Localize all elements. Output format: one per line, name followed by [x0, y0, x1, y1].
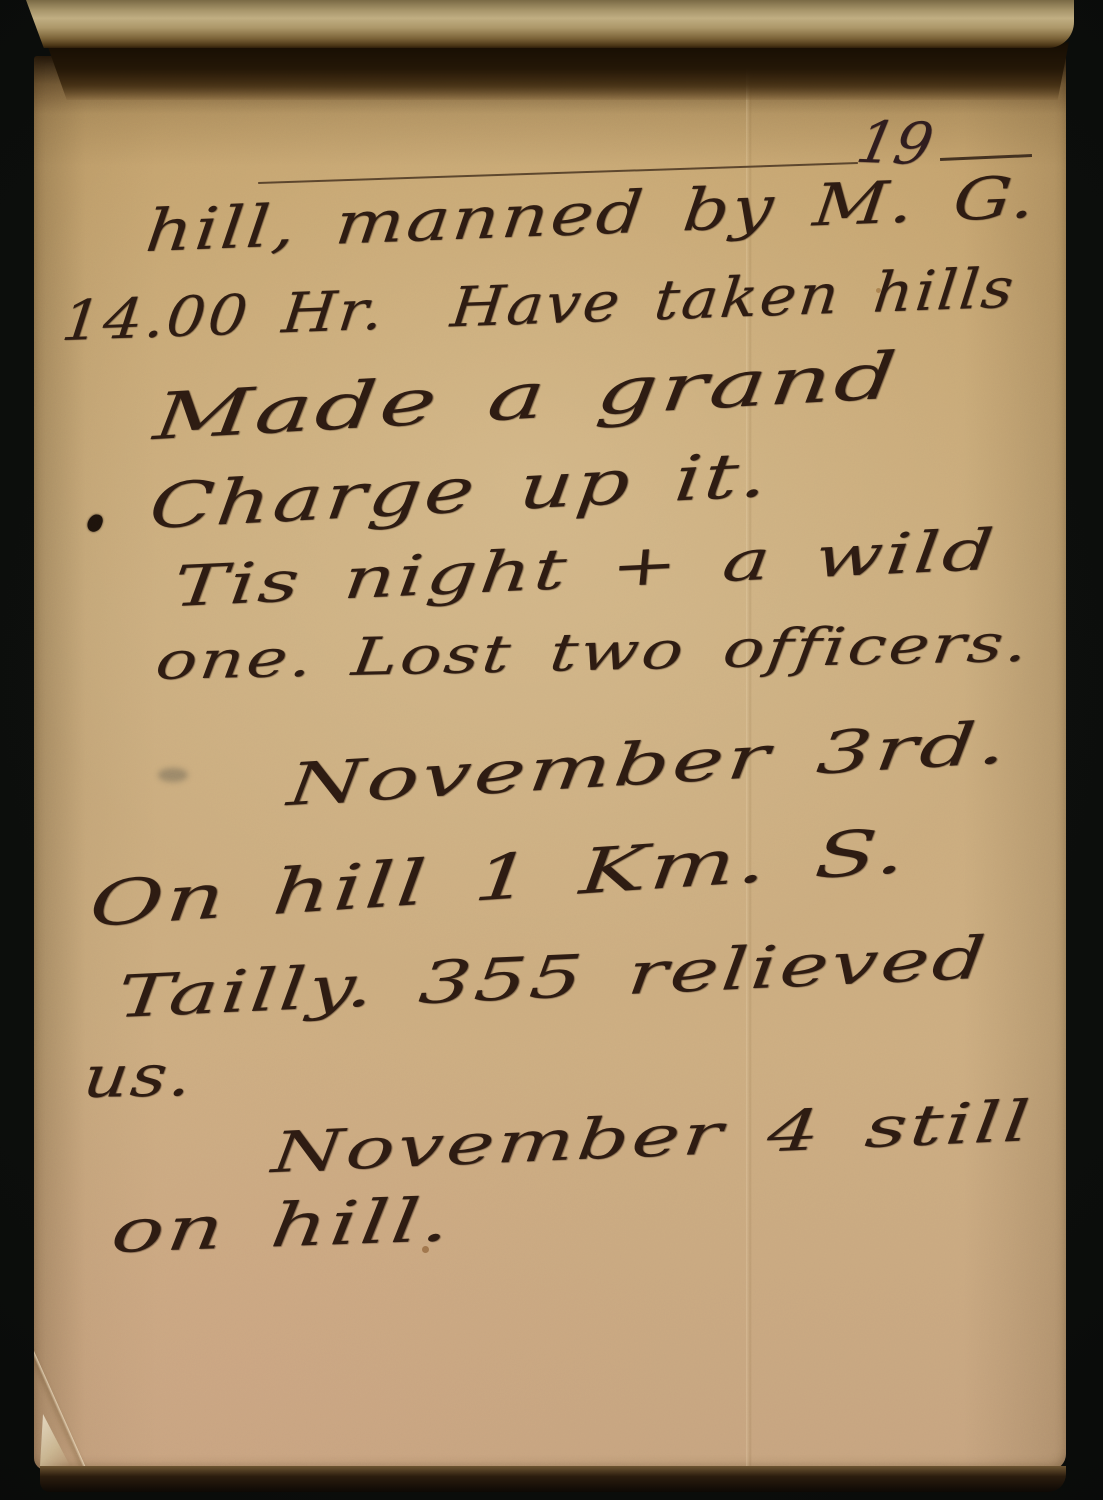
handwriting-line-11-date-heading: November 4 still	[269, 1094, 1034, 1182]
paper-speck	[422, 1246, 429, 1253]
handwriting-line-7-date-heading: November 3rd.	[285, 713, 1012, 814]
handwriting-line-5: Tis night + a wild	[171, 523, 998, 617]
handwriting-line-8: On hill 1 Km. S.	[87, 819, 910, 936]
handwriting-line-12: on hill.	[108, 1190, 456, 1262]
paper-speck	[876, 288, 881, 293]
flipped-page-roll	[26, 0, 1074, 48]
ink-blot	[86, 512, 105, 533]
notebook-page: 19 hill, manned by M. G. 14.00 Hr. Have …	[34, 56, 1066, 1470]
handwriting-line-10: us.	[80, 1046, 197, 1106]
pencil-smudge	[158, 768, 188, 782]
handwriting-line-2: 14.00 Hr. Have taken hills	[59, 261, 1018, 350]
flipped-page-shadow	[40, 42, 1070, 100]
notepad-bottom-edge	[40, 1466, 1066, 1492]
photo-background: 19 hill, manned by M. G. 14.00 Hr. Have …	[0, 0, 1103, 1500]
handwriting-line-9: Tailly. 355 relieved	[115, 928, 990, 1026]
page-number: 19	[846, 113, 943, 173]
handwriting-line-6: one. Lost two officers.	[153, 618, 1033, 688]
page-number-dash	[940, 154, 1032, 161]
handwriting-line-4: Charge up it.	[147, 443, 773, 538]
handwriting-line-3: Made a grand	[151, 344, 902, 450]
